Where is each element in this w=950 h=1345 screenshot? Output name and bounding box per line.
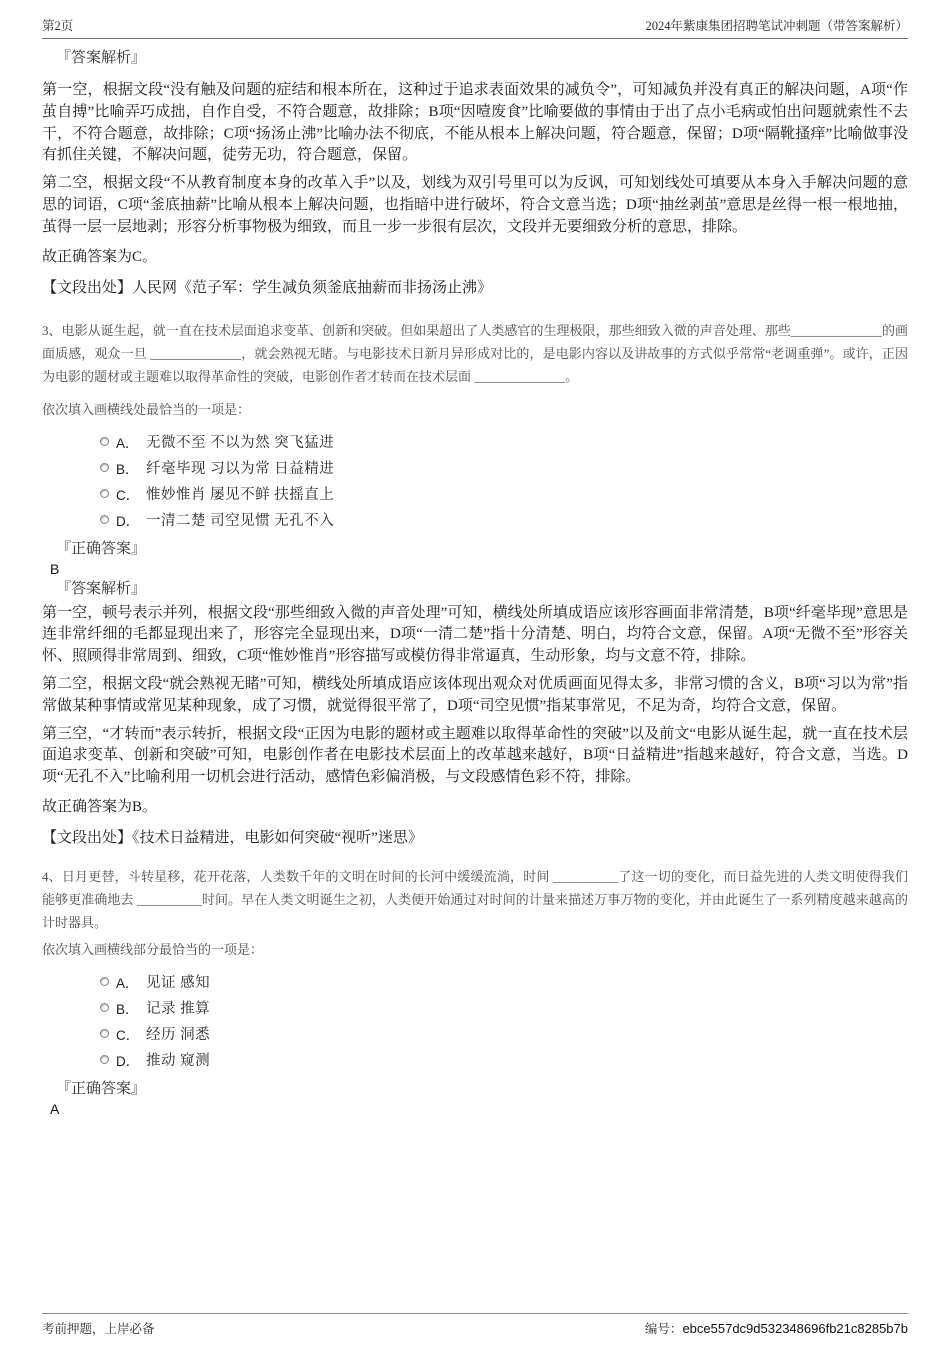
option-text: 经历 洞悉 — [146, 1023, 210, 1044]
options-prompt: 依次填入画横线部分最恰当的一项是： — [42, 940, 908, 959]
option-text: 一清二楚 司空见惯 无孔不入 — [146, 509, 334, 530]
option-letter: D． — [116, 510, 146, 530]
page-number: 第2页 — [42, 16, 73, 34]
doc-title: 2024年紫康集团招聘笔试冲刺题（带答案解析） — [645, 16, 908, 34]
radio-icon[interactable] — [100, 1055, 109, 1064]
option-text: 惟妙惟肖 屡见不鲜 扶摇直上 — [146, 483, 334, 504]
option-row[interactable]: B． 纤毫毕现 习以为常 日益精进 — [100, 455, 908, 481]
source-reference: 【文段出处】《技术日益精进，电影如何突破“视听”迷思》 — [42, 827, 908, 849]
option-letter: B． — [116, 458, 146, 478]
page-content: 『答案解析』 第一空，根据文段“没有触及问题的症结和根本所在，这种过于追求表面效… — [42, 44, 908, 1119]
option-letter: C． — [116, 1024, 146, 1044]
radio-icon[interactable] — [100, 515, 109, 524]
analysis-paragraph: 第三空，“才转而”表示转折，根据文段“正因为电影的题材或主题难以取得革命性的突破… — [42, 724, 908, 789]
radio-icon[interactable] — [100, 1003, 109, 1012]
option-row[interactable]: B． 记录 推算 — [100, 995, 908, 1021]
correct-answer-label: 『正确答案』 — [56, 1079, 908, 1099]
option-row[interactable]: C． 惟妙惟肖 屡见不鲜 扶摇直上 — [100, 481, 908, 507]
analysis-paragraph: 第一空，根据文段“没有触及问题的症结和根本所在，这种过于追求表面效果的减负令”，… — [42, 80, 908, 167]
radio-icon[interactable] — [100, 437, 109, 446]
options-prompt: 依次填入画横线处最恰当的一项是： — [42, 400, 908, 419]
option-row[interactable]: D． 一清二楚 司空见惯 无孔不入 — [100, 507, 908, 533]
page-header: 第2页 2024年紫康集团招聘笔试冲刺题（带答案解析） — [42, 16, 908, 39]
answer-analysis-label: 『答案解析』 — [56, 48, 908, 68]
option-letter: C． — [116, 484, 146, 504]
answer-conclusion: 故正确答案为C。 — [42, 246, 908, 268]
option-letter: D． — [116, 1050, 146, 1070]
radio-icon[interactable] — [100, 489, 109, 498]
correct-answer-value: B — [50, 559, 908, 579]
question-stem: 3、电影从诞生起，就一直在技术层面追求变革、创新和突破。但如果超出了人类感官的生… — [42, 319, 908, 388]
option-text: 见证 感知 — [146, 971, 210, 992]
correct-answer-value: A — [50, 1099, 908, 1119]
option-row[interactable]: A． 无微不至 不以为然 突飞猛进 — [100, 429, 908, 455]
radio-icon[interactable] — [100, 977, 109, 986]
option-letter: B． — [116, 998, 146, 1018]
answer-conclusion: 故正确答案为B。 — [42, 796, 908, 818]
option-row[interactable]: A． 见证 感知 — [100, 969, 908, 995]
page-footer: 考前押题，上岸必备 编号：ebce557dc9d532348696fb21c82… — [42, 1313, 908, 1337]
option-text: 纤毫毕现 习以为常 日益精进 — [146, 457, 334, 478]
correct-answer-label: 『正确答案』 — [56, 539, 908, 559]
option-text: 无微不至 不以为然 突飞猛进 — [146, 431, 334, 452]
analysis-paragraph: 第二空，根据文段“不从教育制度本身的改革入手”以及，划线为双引号里可以为反讽，可… — [42, 173, 908, 238]
option-row[interactable]: C． 经历 洞悉 — [100, 1021, 908, 1047]
doc-serial: 编号：ebce557dc9d532348696fb21c8285b7b — [645, 1319, 908, 1337]
options-list: A． 见证 感知 B． 记录 推算 C． 经历 洞悉 D． 推动 窥测 — [42, 969, 908, 1073]
question-stem: 4、日月更替，斗转星移，花开花落，人类数千年的文明在时间的长河中缓缓流淌，时间 … — [42, 865, 908, 934]
radio-icon[interactable] — [100, 1029, 109, 1038]
doc-serial-label: 编号： — [645, 1322, 683, 1336]
doc-serial-value: ebce557dc9d532348696fb21c8285b7b — [682, 1321, 908, 1336]
options-list: A． 无微不至 不以为然 突飞猛进 B． 纤毫毕现 习以为常 日益精进 C． 惟… — [42, 429, 908, 533]
option-row[interactable]: D． 推动 窥测 — [100, 1047, 908, 1073]
answer-analysis-label: 『答案解析』 — [56, 579, 908, 599]
option-letter: A． — [116, 432, 146, 452]
radio-icon[interactable] — [100, 463, 109, 472]
option-text: 记录 推算 — [146, 997, 210, 1018]
option-letter: A． — [116, 972, 146, 992]
footer-slogan: 考前押题，上岸必备 — [42, 1319, 155, 1337]
document-page: 第2页 2024年紫康集团招聘笔试冲刺题（带答案解析） 『答案解析』 第一空，根… — [0, 0, 950, 1345]
option-text: 推动 窥测 — [146, 1049, 210, 1070]
analysis-paragraph: 第一空，顿号表示并列，根据文段“那些细致入微的声音处理”可知，横线处所填成语应该… — [42, 603, 908, 668]
analysis-paragraph: 第二空，根据文段“就会熟视无睹”可知，横线处所填成语应该体现出观众对优质画面见得… — [42, 674, 908, 718]
source-reference: 【文段出处】人民网《范子军：学生减负须釜底抽薪而非扬汤止沸》 — [42, 277, 908, 299]
